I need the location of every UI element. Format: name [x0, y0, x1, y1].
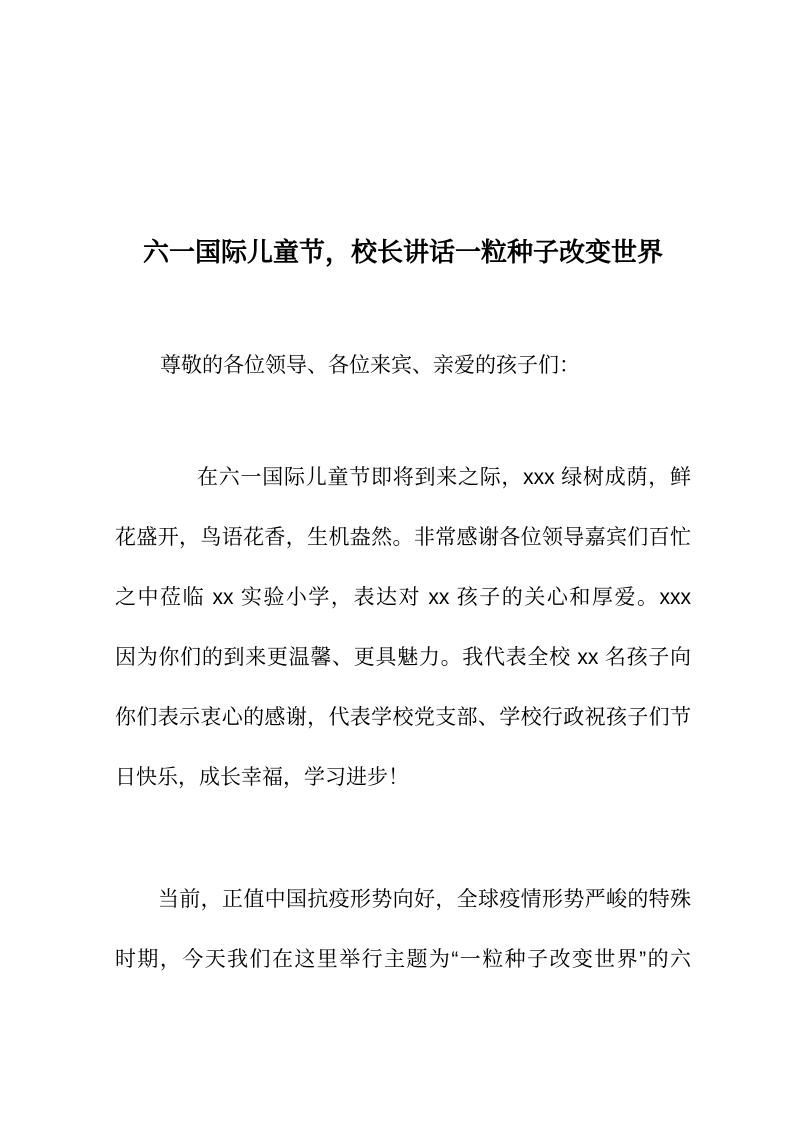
text-line: 之中莅临 xx 实验小学，表达对 xx 孩子的关心和厚爱。xxx — [115, 568, 691, 628]
text-line: 时期，今天我们在这里举行主题为“一粒种子改变世界”的六 — [115, 930, 691, 990]
document-body: 尊敬的各位领导、各位来宾、亲爱的孩子们：在六一国际儿童节即将到来之际，xxx 绿… — [115, 336, 691, 990]
document-title: 六一国际儿童节，校长讲话一粒种子改变世界 — [115, 232, 691, 272]
text-line: 在六一国际儿童节即将到来之际，xxx 绿树成荫，鲜 — [115, 448, 691, 508]
text-line: 花盛开，鸟语花香，生机盎然。非常感谢各位领导嘉宾们百忙 — [115, 508, 691, 568]
document-page: 六一国际儿童节，校长讲话一粒种子改变世界 尊敬的各位领导、各位来宾、亲爱的孩子们… — [0, 0, 793, 1122]
document-content: 六一国际儿童节，校长讲话一粒种子改变世界 尊敬的各位领导、各位来宾、亲爱的孩子们… — [115, 0, 691, 990]
text-line: 日快乐，成长幸福，学习进步！ — [115, 748, 691, 808]
paragraph: 在六一国际儿童节即将到来之际，xxx 绿树成荫，鲜花盛开，鸟语花香，生机盎然。非… — [115, 448, 691, 808]
paragraph: 尊敬的各位领导、各位来宾、亲爱的孩子们： — [115, 336, 691, 396]
text-line: 因为你们的到来更温馨、更具魅力。我代表全校 xx 名孩子向 — [115, 628, 691, 688]
text-line: 尊敬的各位领导、各位来宾、亲爱的孩子们： — [115, 336, 691, 396]
paragraph: 当前，正值中国抗疫形势向好，全球疫情形势严峻的特殊时期，今天我们在这里举行主题为… — [115, 870, 691, 990]
text-line: 当前，正值中国抗疫形势向好，全球疫情形势严峻的特殊 — [115, 870, 691, 930]
text-line: 你们表示衷心的感谢，代表学校党支部、学校行政祝孩子们节 — [115, 688, 691, 748]
